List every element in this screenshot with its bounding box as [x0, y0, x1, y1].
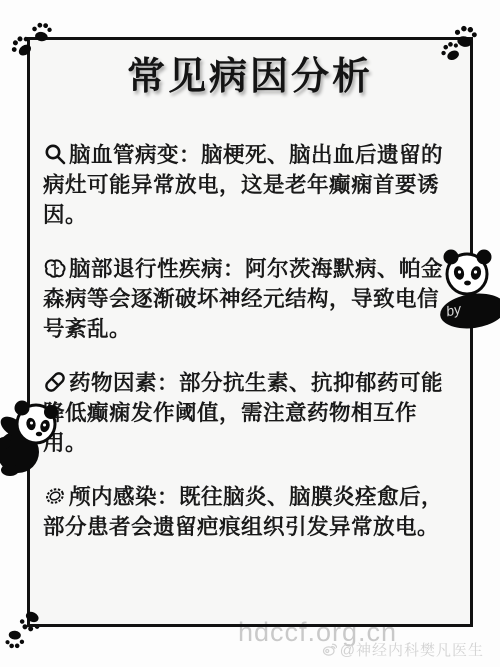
cause-item-cerebrovascular: 脑血管病变：脑梗死、脑出血后遗留的病灶可能异常放电，这是老年癫痫首要诱因。	[43, 140, 460, 230]
cause-lead: 脑血管病变：	[69, 143, 201, 167]
weibo-icon	[322, 642, 337, 657]
panel-bottom-border	[27, 624, 473, 627]
author-credit-text: @神经内科樊凡医生	[340, 639, 484, 660]
brain-icon	[43, 256, 67, 280]
cause-item-degenerative: 脑部退行性疾病：阿尔茨海默病、帕金森病等会逐渐破坏神经元结构，导致电信号紊乱。	[43, 254, 460, 344]
handwritten-note: by	[444, 301, 462, 320]
magnifier-icon	[43, 142, 67, 166]
panda-right-illustration	[436, 245, 500, 330]
microbe-icon	[43, 484, 67, 508]
paw-print-icon	[3, 627, 27, 651]
content-panel: 常见病因分析 脑血管病变：脑梗死、脑出血后遗留的病灶可能异常放电，这是老年癫痫首…	[27, 37, 473, 627]
panda-left-illustration	[0, 396, 63, 476]
cause-item-drug: 药物因素：部分抗生素、抗抑郁药可能降低癫痫发作阈值，需注意药物相互作用。	[43, 368, 460, 458]
infographic-page: { "page": { "background": "#fdfdfd" }, "…	[0, 0, 500, 667]
cause-list: 脑血管病变：脑梗死、脑出血后遗留的病灶可能异常放电，这是老年癫痫首要诱因。 脑部…	[30, 140, 470, 542]
cause-lead: 药物因素：	[69, 371, 179, 395]
cause-lead: 颅内感染：	[69, 485, 179, 509]
cause-item-infection: 颅内感染：既往脑炎、脑膜炎痊愈后，部分患者会遗留疤痕组织引发异常放电。	[43, 482, 460, 542]
page-title: 常见病因分析	[36, 54, 464, 100]
cause-lead: 脑部退行性疾病：	[69, 257, 245, 281]
pill-icon	[43, 370, 67, 394]
author-credit: @神经内科樊凡医生	[322, 639, 484, 660]
